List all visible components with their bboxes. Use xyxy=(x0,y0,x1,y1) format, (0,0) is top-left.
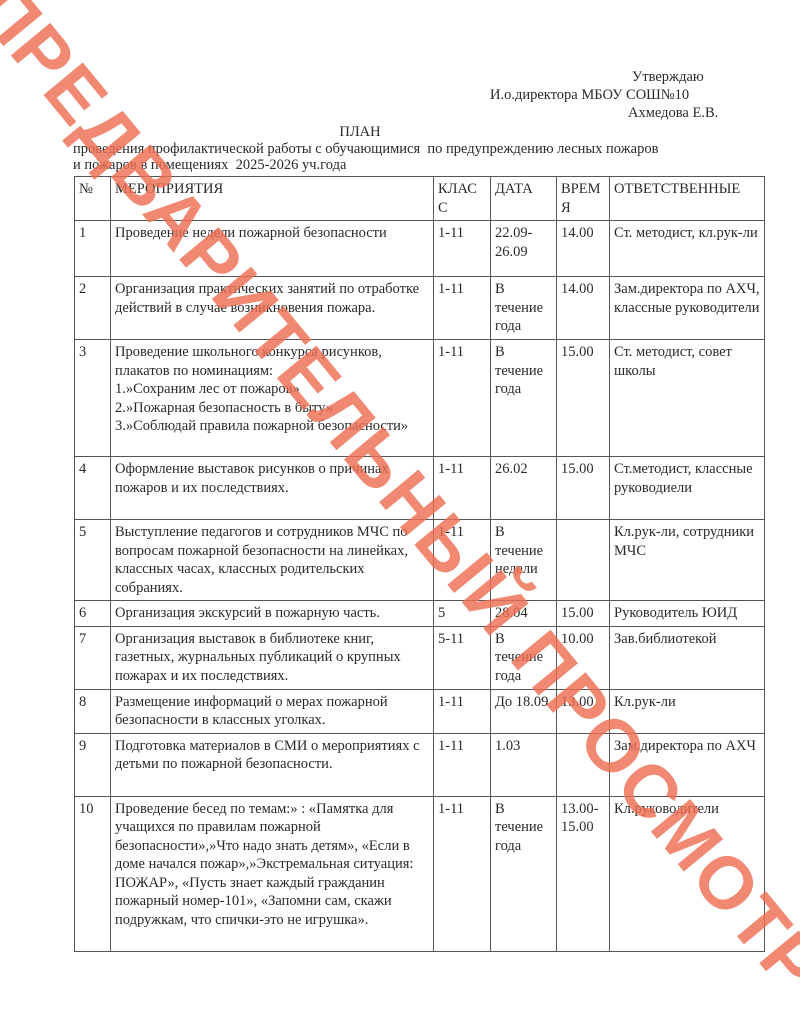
approval-line-name: Ахмедова Е.В. xyxy=(628,104,718,122)
cell-class: 1-11 xyxy=(434,689,491,733)
cell-event: Проведение бесед по темам:» : «Памятка д… xyxy=(111,796,434,951)
cell-class: 1-11 xyxy=(434,796,491,951)
cell-class: 5-11 xyxy=(434,626,491,689)
cell-event: Проведение недели пожарной безопасности xyxy=(111,221,434,277)
cell-date: 22.09-26.09 xyxy=(491,221,557,277)
cell-responsible: Зам.директора по АХЧ, классные руководит… xyxy=(610,277,765,340)
cell-num: 3 xyxy=(75,340,111,457)
table-row: 8Размещение информаций о мерах пожарной … xyxy=(75,689,765,733)
document-subtitle: проведения профилактической работы с обу… xyxy=(73,141,773,173)
cell-event: Подготовка материалов в СМИ о мероприяти… xyxy=(111,733,434,796)
cell-responsible: Зам.директора по АХЧ xyxy=(610,733,765,796)
header-date: ДАТА xyxy=(491,177,557,221)
document-title: ПЛАН xyxy=(0,124,720,141)
cell-responsible: Кл.руководители xyxy=(610,796,765,951)
table-row: 6Организация экскурсий в пожарную часть.… xyxy=(75,601,765,627)
cell-responsible: Кл.рук-ли, сотрудники МЧС xyxy=(610,520,765,601)
table-row: 4Оформление выставок рисунков о причинах… xyxy=(75,457,765,520)
cell-num: 1 xyxy=(75,221,111,277)
header-time: ВРЕМЯ xyxy=(557,177,610,221)
table-row: 7Организация выставок в библиотеке книг,… xyxy=(75,626,765,689)
cell-class: 1-11 xyxy=(434,520,491,601)
cell-responsible: Ст. методист, кл.рук-ли xyxy=(610,221,765,277)
cell-class: 1-11 xyxy=(434,457,491,520)
table-body: 1Проведение недели пожарной безопасности… xyxy=(75,221,765,952)
cell-event: Организация экскурсий в пожарную часть. xyxy=(111,601,434,627)
cell-time xyxy=(557,733,610,796)
cell-date: В течение года xyxy=(491,277,557,340)
header-event: МЕРОПРИЯТИЯ xyxy=(111,177,434,221)
cell-event: Проведение школьного конкурса рисунков, … xyxy=(111,340,434,457)
cell-responsible: Зав.библиотекой xyxy=(610,626,765,689)
cell-num: 9 xyxy=(75,733,111,796)
event-line: 2.»Пожарная безопасность в быту» xyxy=(115,399,429,418)
table-row: 10Проведение бесед по темам:» : «Памятка… xyxy=(75,796,765,951)
cell-class: 1-11 xyxy=(434,340,491,457)
cell-class: 5 xyxy=(434,601,491,627)
cell-time: 15.00 xyxy=(557,340,610,457)
cell-responsible: Кл.рук-ли xyxy=(610,689,765,733)
cell-class: 1-11 xyxy=(434,733,491,796)
cell-num: 2 xyxy=(75,277,111,340)
header-num: № xyxy=(75,177,111,221)
cell-time xyxy=(557,520,610,601)
cell-date: В течение года xyxy=(491,626,557,689)
cell-date: В течение года xyxy=(491,340,557,457)
cell-time: 13.00-15.00 xyxy=(557,796,610,951)
cell-responsible: Ст. методист, совет школы xyxy=(610,340,765,457)
document-page: Утверждаю И.о.директора МБОУ СОШ№10 Ахме… xyxy=(0,0,800,1024)
subtitle-line-2: и пожаров в помещениях 2025-2026 уч.года xyxy=(73,157,346,173)
event-line: Проведение школьного конкурса рисунков, … xyxy=(115,343,429,380)
cell-time: 10.00 xyxy=(557,626,610,689)
cell-num: 6 xyxy=(75,601,111,627)
table-row: 3Проведение школьного конкурса рисунков,… xyxy=(75,340,765,457)
cell-time: 14.00 xyxy=(557,277,610,340)
table-row: 1Проведение недели пожарной безопасности… xyxy=(75,221,765,277)
cell-num: 4 xyxy=(75,457,111,520)
cell-event: Организация практических занятий по отра… xyxy=(111,277,434,340)
table-header-row: № МЕРОПРИЯТИЯ КЛАСС ДАТА ВРЕМЯ ОТВЕТСТВЕ… xyxy=(75,177,765,221)
cell-num: 5 xyxy=(75,520,111,601)
approval-line-position: И.о.директора МБОУ СОШ№10 xyxy=(490,86,689,104)
cell-num: 7 xyxy=(75,626,111,689)
subtitle-line-1: проведения профилактической работы с обу… xyxy=(73,141,658,157)
plan-table: № МЕРОПРИЯТИЯ КЛАСС ДАТА ВРЕМЯ ОТВЕТСТВЕ… xyxy=(74,176,765,952)
table-row: 5Выступление педагогов и сотрудников МЧС… xyxy=(75,520,765,601)
cell-time: 13.00 xyxy=(557,689,610,733)
cell-num: 8 xyxy=(75,689,111,733)
cell-date: В течение года xyxy=(491,796,557,951)
cell-class: 1-11 xyxy=(434,221,491,277)
event-line: 1.»Сохраним лес от пожаров» xyxy=(115,380,429,399)
event-line: 3.»Соблюдай правила пожарной безопасност… xyxy=(115,417,429,436)
table-row: 2Организация практических занятий по отр… xyxy=(75,277,765,340)
cell-date: 1.03 xyxy=(491,733,557,796)
cell-event: Выступление педагогов и сотрудников МЧС … xyxy=(111,520,434,601)
table-row: 9Подготовка материалов в СМИ о мероприят… xyxy=(75,733,765,796)
cell-date: 28.04 xyxy=(491,601,557,627)
cell-date: 26.02 xyxy=(491,457,557,520)
cell-event: Оформление выставок рисунков о причинах … xyxy=(111,457,434,520)
cell-responsible: Руководитель ЮИД xyxy=(610,601,765,627)
cell-time: 14.00 xyxy=(557,221,610,277)
cell-event: Организация выставок в библиотеке книг, … xyxy=(111,626,434,689)
cell-event: Размещение информаций о мерах пожарной б… xyxy=(111,689,434,733)
cell-class: 1-11 xyxy=(434,277,491,340)
approval-line-approve: Утверждаю xyxy=(632,68,704,86)
header-class: КЛАСС xyxy=(434,177,491,221)
cell-date: До 18.09 xyxy=(491,689,557,733)
cell-time: 15.00 xyxy=(557,601,610,627)
cell-time: 15.00 xyxy=(557,457,610,520)
cell-date: В течение недели xyxy=(491,520,557,601)
header-responsible: ОТВЕТСТВЕННЫЕ xyxy=(610,177,765,221)
cell-num: 10 xyxy=(75,796,111,951)
cell-responsible: Ст.методист, классные руководиели xyxy=(610,457,765,520)
